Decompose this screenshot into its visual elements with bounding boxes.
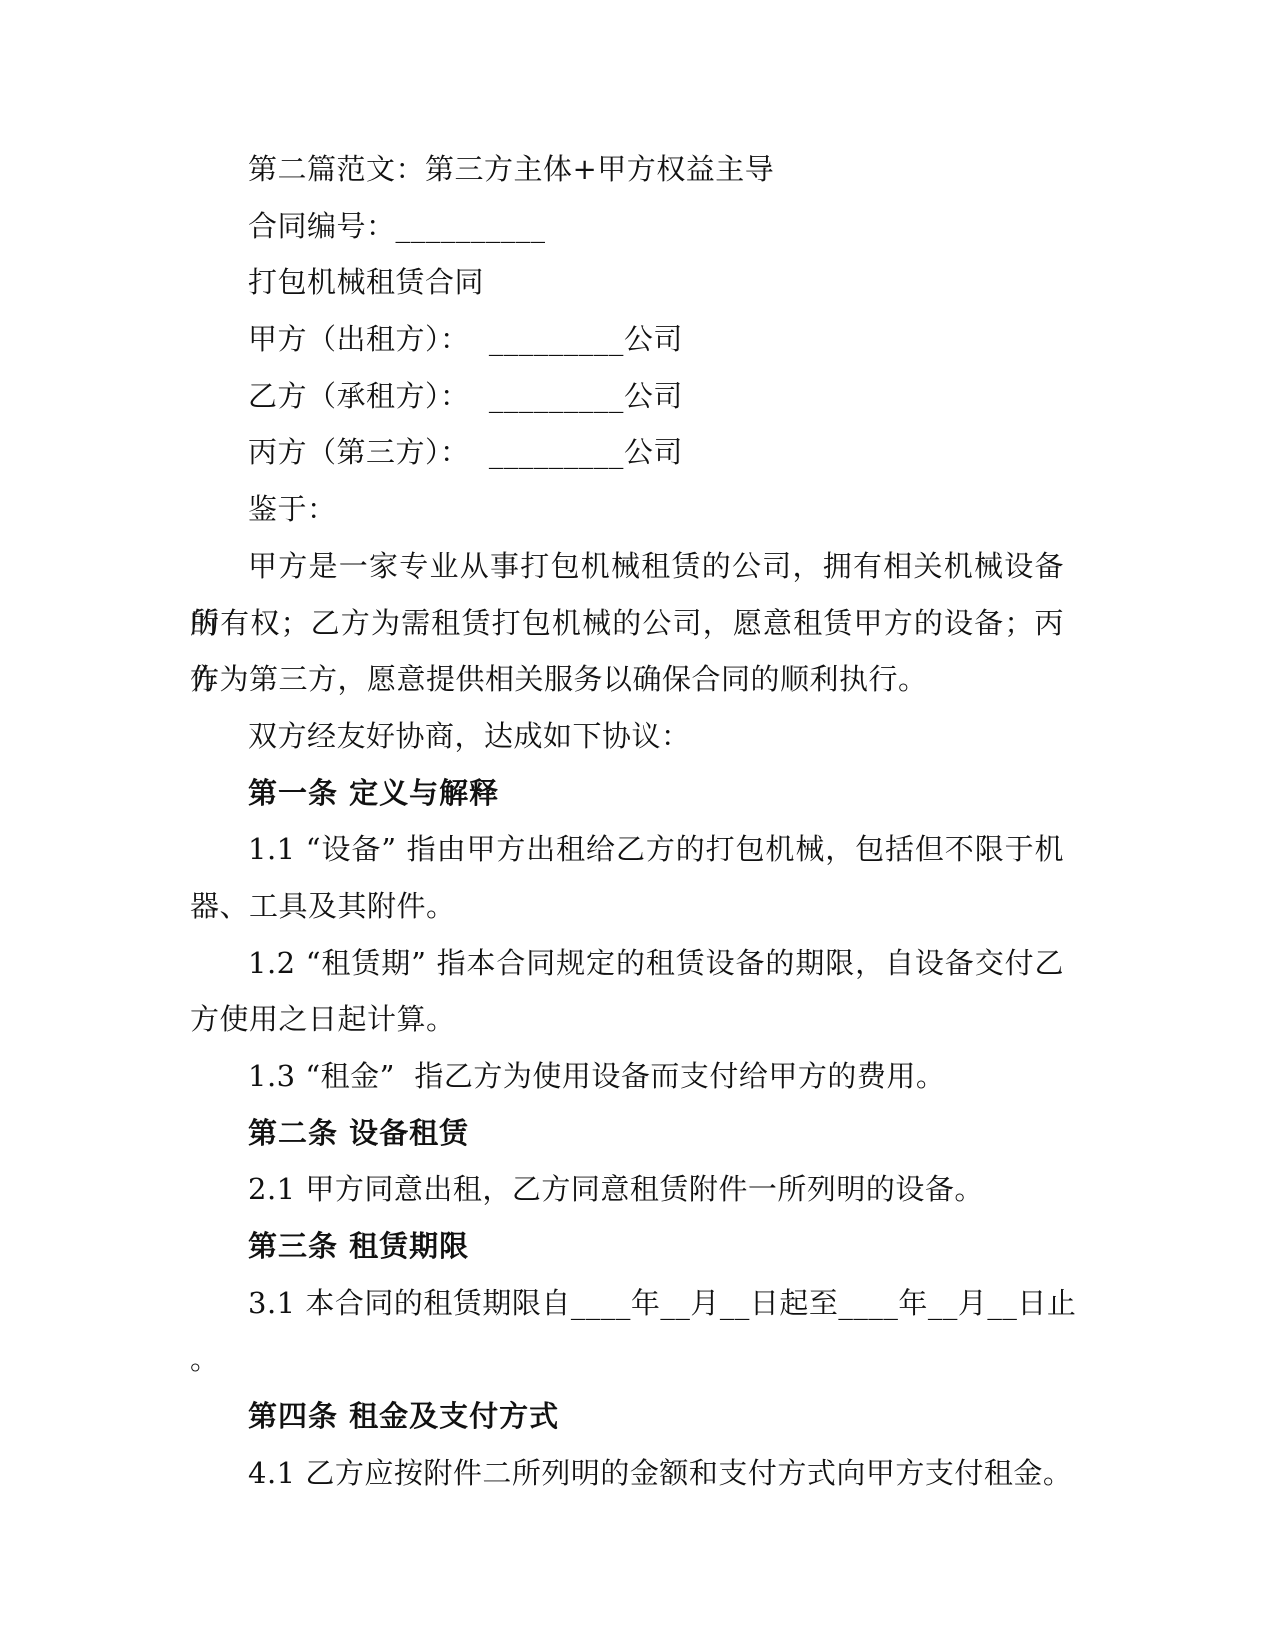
text-line-sample-title: 第二篇范文：第三方主体+甲方权益主导 [190,141,1064,198]
text-line-recital-3: 作为第三方，愿意提供相关服务以确保合同的顺利执行。 [190,651,1064,708]
text-line-party-b: 乙方（承租方）： _________公司 [190,368,1064,425]
text-line-party-c: 丙方（第三方）： _________公司 [190,424,1064,481]
text-line-recital-2: 所有权；乙方为需租赁打包机械的公司，愿意租赁甲方的设备；丙方 [190,595,1064,652]
text-line-1-1b: 器、工具及其附件。 [190,878,1064,935]
text-line-whereas: 鉴于： [190,481,1064,538]
text-line-1-2b: 方使用之日起计算。 [190,991,1064,1048]
text-line-2-1: 2.1 甲方同意出租，乙方同意租赁附件一所列明的设备。 [190,1161,1064,1218]
text-line-3-1b: 。 [190,1331,1064,1388]
heading-article-1: 第一条 定义与解释 [190,765,1064,822]
contract-page: 第二篇范文：第三方主体+甲方权益主导 合同编号：__________ 打包机械租… [0,0,1275,1650]
text-line-agreement-intro: 双方经友好协商，达成如下协议： [190,708,1064,765]
text-line-4-1: 4.1 乙方应按附件二所列明的金额和支付方式向甲方支付租金。 [190,1445,1064,1502]
text-line-recital-1: 甲方是一家专业从事打包机械租赁的公司，拥有相关机械设备的 [190,538,1064,595]
text-line-party-a: 甲方（出租方）： _________公司 [190,311,1064,368]
text-line-1-1a: 1.1 “设备” 指由甲方出租给乙方的打包机械，包括但不限于机 [190,821,1064,878]
contract-body: 第二篇范文：第三方主体+甲方权益主导 合同编号：__________ 打包机械租… [190,141,1064,1502]
text-line-contract-title: 打包机械租赁合同 [190,254,1064,311]
heading-article-3: 第三条 租赁期限 [190,1218,1064,1275]
text-line-1-3: 1.3 “租金” 指乙方为使用设备而支付给甲方的费用。 [190,1048,1064,1105]
text-line-3-1a: 3.1 本合同的租赁期限自____年__月__日起至____年__月__日止 [190,1275,1064,1332]
heading-article-4: 第四条 租金及支付方式 [190,1388,1064,1445]
text-line-contract-number: 合同编号：__________ [190,198,1064,255]
text-line-1-2a: 1.2 “租赁期” 指本合同规定的租赁设备的期限，自设备交付乙 [190,935,1064,992]
heading-article-2: 第二条 设备租赁 [190,1105,1064,1162]
